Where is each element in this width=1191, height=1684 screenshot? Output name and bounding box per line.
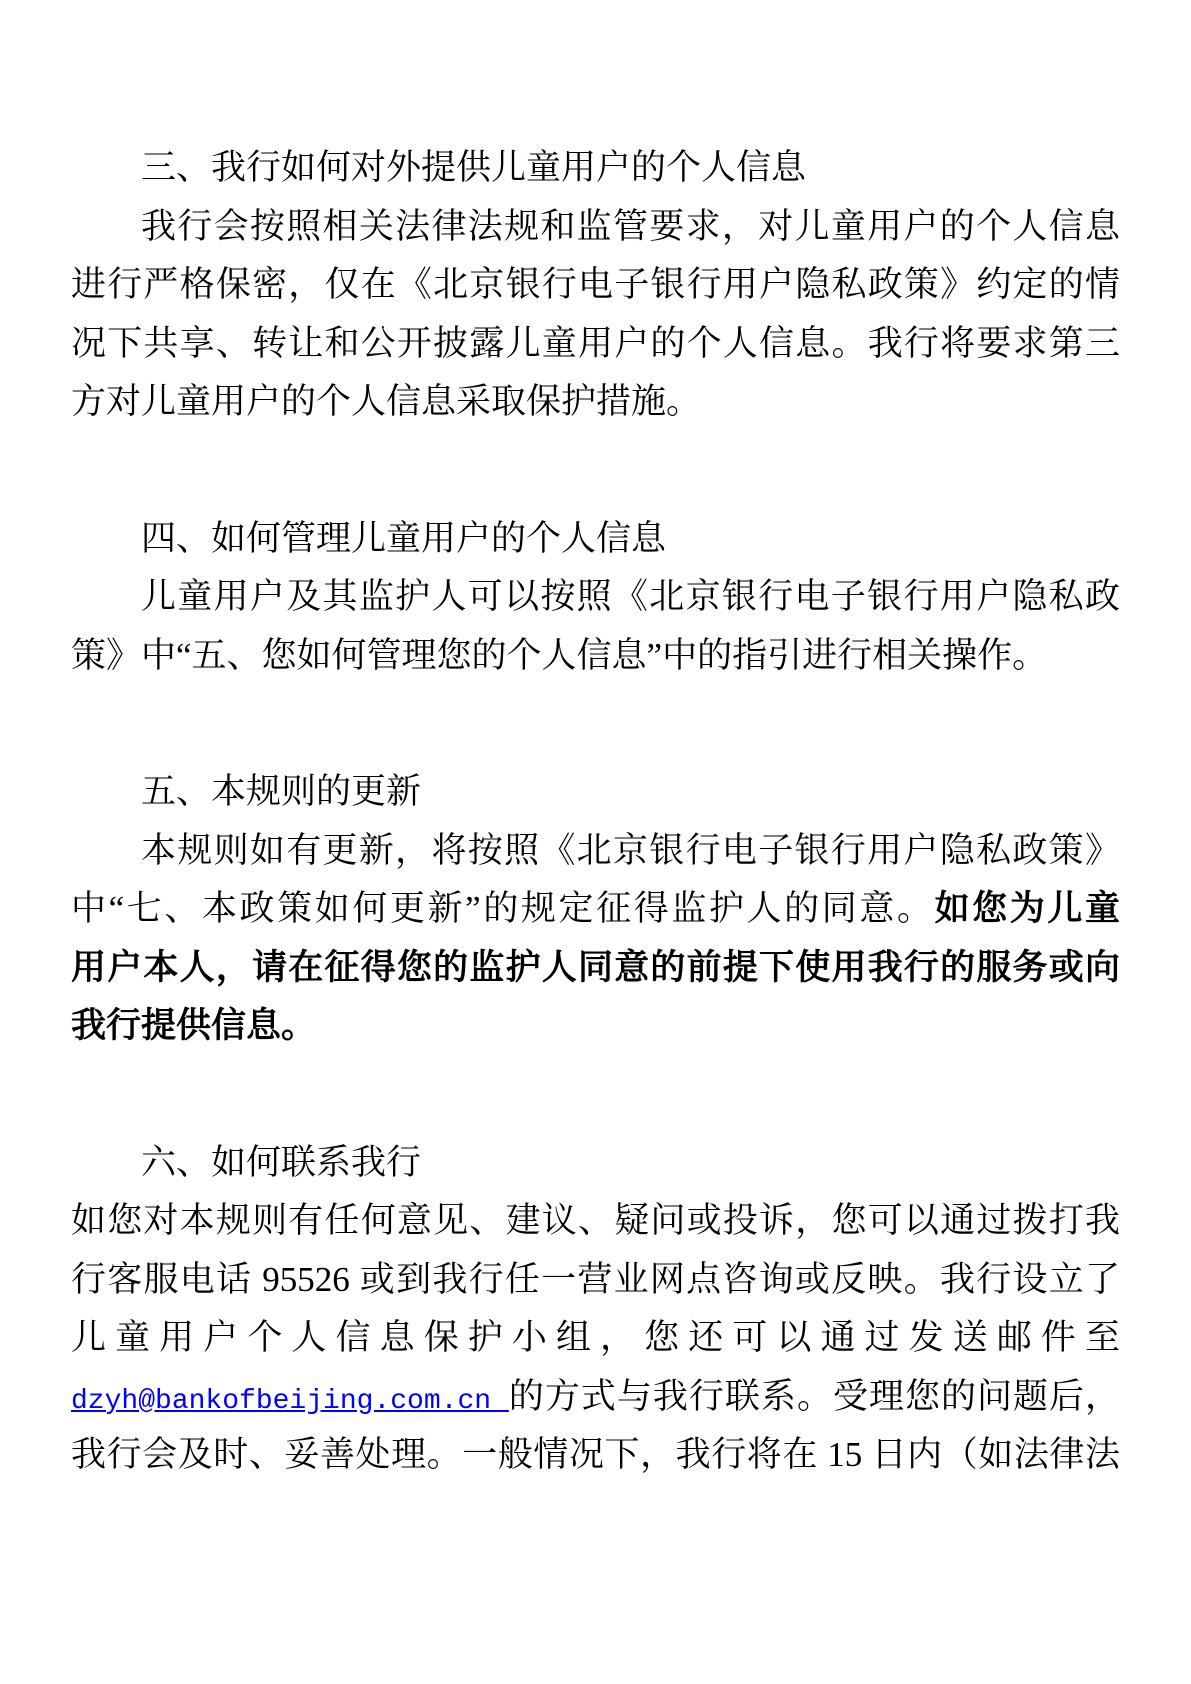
gap-after-section-4 bbox=[71, 685, 1120, 763]
section-6-heading: 六、如何联系我行 bbox=[71, 1134, 1120, 1193]
section-6-para-line-3: 儿童用户个人信息保护小组，您还可以通过发送邮件至 bbox=[71, 1309, 1120, 1368]
section-5-para-line-1: 本规则如有更新，将按照《北京银行电子银行用户隐私政策》 bbox=[71, 822, 1120, 881]
section-3-heading-text: 三、我行如何对外提供儿童用户的个人信息 bbox=[141, 148, 806, 187]
section-5-para-line-2-text: 如您为儿童 bbox=[935, 889, 1120, 928]
section-5-para-line-2-text: 中“七、本政策如何更新”的规定征得监护人的同意。 bbox=[71, 889, 935, 928]
section-3-para-line-3-text: 况下共享、转让和公开披露儿童用户的个人信息。我行将要求第三 bbox=[71, 324, 1120, 363]
section-6-para-line-1-text: 如您对本规则有任何意见、建议、疑问或投诉，您可以通过拨打我 bbox=[71, 1201, 1120, 1240]
section-5-para-line-1-text: 本规则如有更新，将按照《北京银行电子银行用户隐私政策》 bbox=[141, 831, 1120, 870]
section-6-para-line-4: dzyh@bankofbeijing.com.cn 的方式与我行联系。受理您的问… bbox=[71, 1368, 1120, 1427]
section-5-para-line-2: 中“七、本政策如何更新”的规定征得监护人的同意。如您为儿童 bbox=[71, 880, 1120, 939]
section-6-para-line-1: 如您对本规则有任何意见、建议、疑问或投诉，您可以通过拨打我 bbox=[71, 1192, 1120, 1251]
section-5-para-line-3: 用户本人，请在征得您的监护人同意的前提下使用我行的服务或向 bbox=[71, 939, 1120, 998]
section-3-para-line-1: 我行会按照相关法律法规和监管要求，对儿童用户的个人信息 bbox=[71, 198, 1120, 257]
email-link[interactable]: dzyh@bankofbeijing.com.cn bbox=[71, 1386, 509, 1417]
section-6-para-line-2-text: 行客服电话 95526 或到我行任一营业网点咨询或反映。我行设立了 bbox=[71, 1260, 1120, 1299]
section-6-para-line-2: 行客服电话 95526 或到我行任一营业网点咨询或反映。我行设立了 bbox=[71, 1251, 1120, 1310]
section-3-para-line-2: 进行严格保密，仅在《北京银行电子银行用户隐私政策》约定的情 bbox=[71, 256, 1120, 315]
section-6-para-line-5: 我行会及时、妥善处理。一般情况下，我行将在 15 日内（如法律法 bbox=[71, 1426, 1120, 1485]
section-3-para-line-4-text: 方对儿童用户的个人信息采取保护措施。 bbox=[71, 382, 701, 421]
section-4-heading: 四、如何管理儿童用户的个人信息 bbox=[71, 510, 1120, 569]
section-4-para-line-2: 策》中“五、您如何管理您的个人信息”中的指引进行相关操作。 bbox=[71, 627, 1120, 686]
section-6-para-line-5-text: 我行会及时、妥善处理。一般情况下，我行将在 15 日内（如法律法 bbox=[71, 1435, 1120, 1474]
section-3-para-line-1-text: 我行会按照相关法律法规和监管要求，对儿童用户的个人信息 bbox=[141, 207, 1120, 246]
gap-after-section-5 bbox=[71, 1056, 1120, 1134]
section-6-para-line-3-text: 儿童用户个人信息保护小组，您还可以通过发送邮件至 bbox=[71, 1318, 1120, 1357]
section-5-heading-text: 五、本规则的更新 bbox=[141, 772, 421, 811]
section-4-para-line-2-text: 策》中“五、您如何管理您的个人信息”中的指引进行相关操作。 bbox=[71, 636, 1047, 675]
section-5-para-line-4: 我行提供信息。 bbox=[71, 997, 1120, 1056]
section-5-heading: 五、本规则的更新 bbox=[71, 763, 1120, 822]
document-page: 三、我行如何对外提供儿童用户的个人信息我行会按照相关法律法规和监管要求，对儿童用… bbox=[0, 0, 1191, 1684]
section-4-para-line-1: 儿童用户及其监护人可以按照《北京银行电子银行用户隐私政 bbox=[71, 568, 1120, 627]
section-4-para-line-1-text: 儿童用户及其监护人可以按照《北京银行电子银行用户隐私政 bbox=[141, 577, 1120, 616]
section-6-heading-text: 六、如何联系我行 bbox=[141, 1143, 421, 1182]
section-4-heading-text: 四、如何管理儿童用户的个人信息 bbox=[141, 519, 666, 558]
gap-after-section-3 bbox=[71, 432, 1120, 510]
section-3-para-line-3: 况下共享、转让和公开披露儿童用户的个人信息。我行将要求第三 bbox=[71, 315, 1120, 374]
section-3-heading: 三、我行如何对外提供儿童用户的个人信息 bbox=[71, 139, 1120, 198]
section-3-para-line-2-text: 进行严格保密，仅在《北京银行电子银行用户隐私政策》约定的情 bbox=[71, 265, 1120, 304]
section-6-para-line-4-text: 的方式与我行联系。受理您的问题后， bbox=[509, 1377, 1120, 1416]
section-3-para-line-4: 方对儿童用户的个人信息采取保护措施。 bbox=[71, 373, 1120, 432]
section-5-para-line-3-text: 用户本人，请在征得您的监护人同意的前提下使用我行的服务或向 bbox=[71, 948, 1120, 987]
section-5-para-line-4-text: 我行提供信息。 bbox=[71, 1006, 316, 1045]
